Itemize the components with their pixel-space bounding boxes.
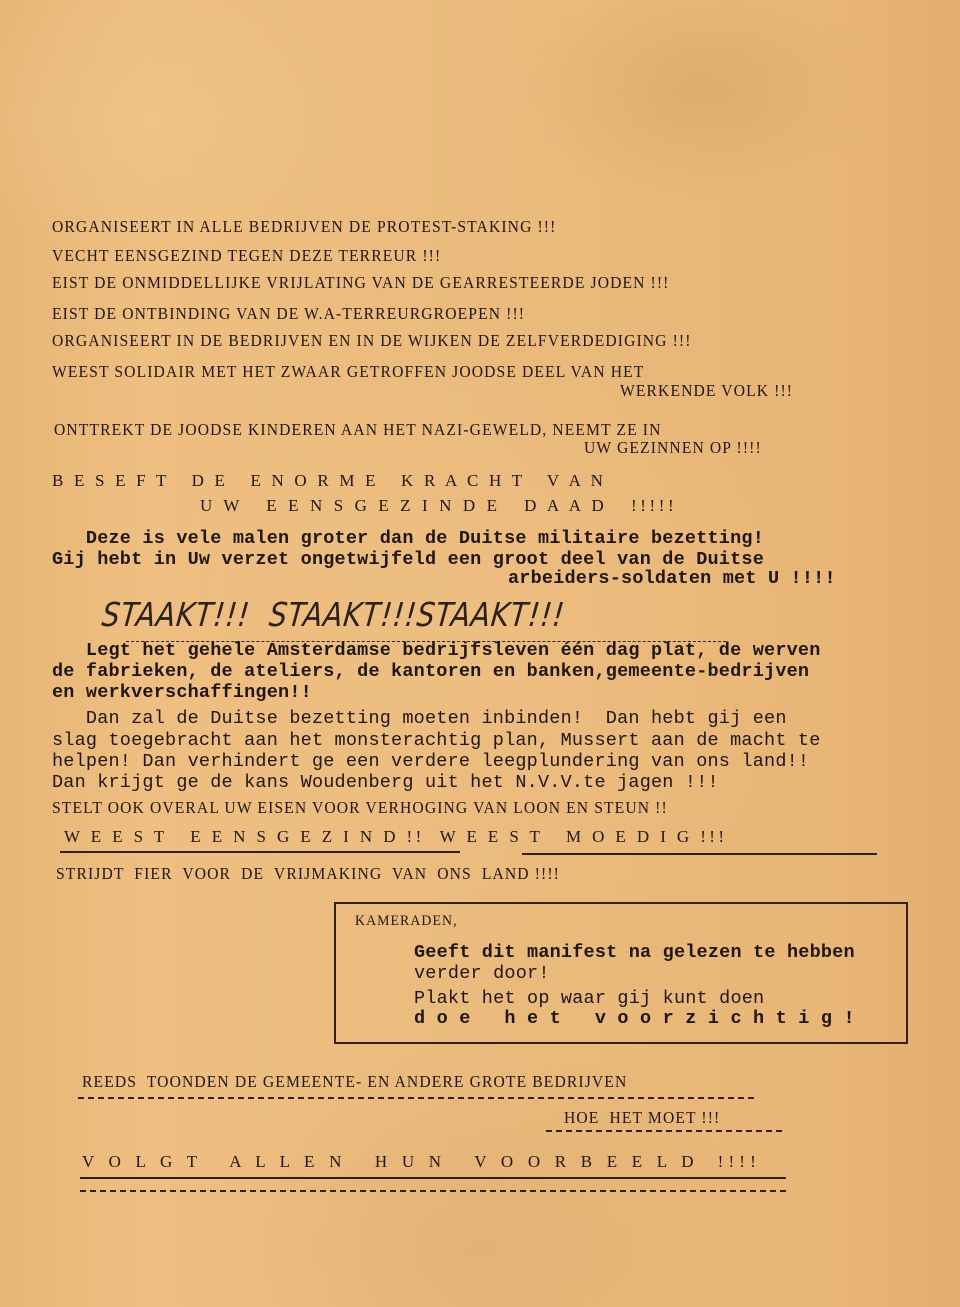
beseft-line-1: B E S E F T D E E N O R M E K R A C H T … [52,472,606,489]
reeds-line: REEDS TOONDEN DE GEMEENTE- EN ANDERE GRO… [82,1073,627,1090]
paragraph-1-line: Gij hebt in Uw verzet ongetwijfeld een g… [52,551,764,570]
stelt-line: STELT OOK OVERAL UW EISEN VOOR VERHOGING… [52,799,668,816]
volgt-underline-1 [80,1177,786,1179]
demand-line: ORGANISEERT IN ALLE BEDRIJVEN DE PROTEST… [52,218,556,235]
hoe-underline [546,1130,782,1132]
volgt-underline-2 [80,1190,786,1192]
kameraden-line: verder door! [414,965,550,984]
weest-underline-1 [60,851,460,853]
demand-line: EIST DE ONMIDDELLIJKE VRIJLATING VAN DE … [52,274,670,291]
hoe-line: HOE HET MOET !!! [564,1109,720,1126]
weest-underline-2 [522,853,877,855]
beseft-line-2: U W E E N S G E Z I N D E D A A D !!!!! [200,497,677,514]
staakt-headline: STAAKT!!! STAAKT!!!STAAKT!!! [101,598,567,631]
kameraden-heading: KAMERADEN, [355,914,458,929]
strijdt-line: STRIJDT FIER VOOR DE VRIJMAKING VAN ONS … [56,865,560,882]
paragraph-2-line: Legt het gehele Amsterdamse bedrijfsleve… [52,642,821,661]
demand-line: WEEST SOLIDAIR MET HET ZWAAR GETROFFEN J… [52,363,644,380]
demand-line: WERKENDE VOLK !!! [620,382,793,399]
kameraden-line: d o e h e t v o o r z i c h t i g ! [414,1010,855,1029]
paragraph-3-line: Dan krijgt ge de kans Woudenberg uit het… [52,774,719,793]
kameraden-line: Plakt het op waar gij kunt doen [414,990,764,1009]
weest-line: W E E S T E E N S G E Z I N D !! W E E S… [64,828,727,845]
paragraph-3-line: slag toegebracht aan het monsterachtig p… [52,732,821,751]
paragraph-2-line: de fabrieken, de ateliers, de kantoren e… [52,663,809,682]
demand-line: ORGANISEERT IN DE BEDRIJVEN EN IN DE WIJ… [52,332,692,349]
demand-line: ONTTREKT DE JOODSE KINDEREN AAN HET NAZI… [54,421,661,438]
paragraph-3-line: helpen! Dan verhindert ge een verdere le… [52,753,809,772]
demand-line: UW GEZINNEN OP !!!! [584,439,762,456]
reeds-underline [78,1097,754,1099]
paragraph-3-line: Dan zal de Duitse bezetting moeten inbin… [52,710,787,729]
paragraph-2-line: en werkverschaffingen!! [52,684,312,703]
demand-line: EIST DE ONTBINDING VAN DE W.A-TERREURGRO… [52,305,525,322]
demand-line: VECHT EENSGEZIND TEGEN DEZE TERREUR !!! [52,247,441,264]
paragraph-1-line: arbeiders-soldaten met U !!!! [508,570,836,589]
paragraph-1-line: Deze is vele malen groter dan de Duitse … [52,530,764,549]
kameraden-line: Geeft dit manifest na gelezen te hebben [414,944,855,963]
volgt-line: V O L G T A L L E N H U N V O O R B E E … [82,1153,761,1170]
